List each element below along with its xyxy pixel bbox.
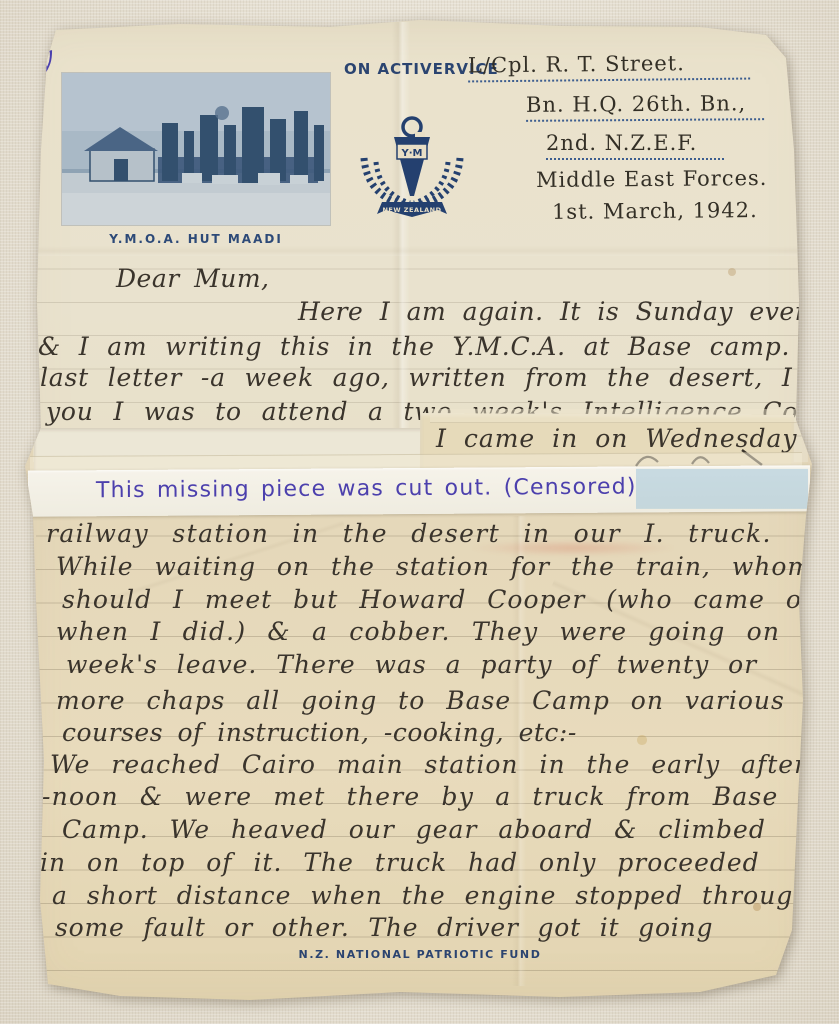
handwritten-line: Camp. We heaved our gear aboard & climbe… xyxy=(62,815,766,844)
handwritten-line: should I meet but Howard Cooper (who cam… xyxy=(62,585,839,614)
crest-monogram: Y·M xyxy=(401,148,423,159)
handwritten-line: railway station in the desert in our I. … xyxy=(46,519,772,548)
handwritten-line: We reached Cairo main station in the ear… xyxy=(50,750,817,779)
letter-paper-wrap: y xyxy=(0,0,839,1024)
address-line: Bn. H.Q. 26th. Bn., xyxy=(526,91,764,122)
handwritten-line: last letter -a week ago, written from th… xyxy=(40,363,839,392)
handwritten-line: courses of instruction, -cooking, etc:- xyxy=(62,718,577,747)
ymca-hut-photo-image xyxy=(62,73,330,225)
ymca-crest-icon: Y·M NEW ZEALAND xyxy=(352,110,472,228)
blue-tape-highlight xyxy=(636,469,808,509)
handwritten-line: in on top of it. The truck had only proc… xyxy=(40,848,760,877)
crest-banner: NEW ZEALAND xyxy=(382,206,441,214)
censor-note: This missing piece was cut out. (Censore… xyxy=(96,474,637,503)
foxing-spots xyxy=(0,0,4,4)
handwritten-line: Here I am again. It is Sunday evening xyxy=(298,297,839,326)
handwritten-line: when I did.) & a cobber. They were going… xyxy=(56,617,817,646)
letter-page: y xyxy=(0,0,839,1024)
tape-strip xyxy=(430,409,798,423)
handwritten-line: more chaps all going to Base Camp on var… xyxy=(56,686,785,715)
fabric-backdrop: y xyxy=(0,0,839,1024)
ymca-hut-photo xyxy=(62,73,330,225)
date-line: 1st. March, 1942. xyxy=(552,198,758,224)
handwritten-line: While waiting on the station for the tra… xyxy=(56,552,812,581)
address-line: Middle East Forces. xyxy=(536,166,768,192)
salutation: Dear Mum, xyxy=(116,264,270,293)
handwritten-line: week's leave. There was a party of twent… xyxy=(66,650,757,679)
handwritten-line: & I am writing this in the Y.M.C.A. at B… xyxy=(38,332,839,361)
address-line: L/Cpl. R. T. Street. xyxy=(468,51,750,83)
photo-caption: Y.M.O.A. HUT MAADI xyxy=(62,232,330,246)
address-line: 2nd. N.Z.E.F. xyxy=(546,131,724,160)
censor-note-strip: This missing piece was cut out. (Censore… xyxy=(28,465,810,516)
handwritten-line: some fault or other. The driver got it g… xyxy=(55,913,713,942)
handwritten-line: a short distance when the engine stopped… xyxy=(52,881,810,910)
handwritten-line: -noon & were met there by a truck from B… xyxy=(42,782,778,811)
patriotic-fund-print: N.Z. NATIONAL PATRIOTIC FUND xyxy=(240,948,600,961)
